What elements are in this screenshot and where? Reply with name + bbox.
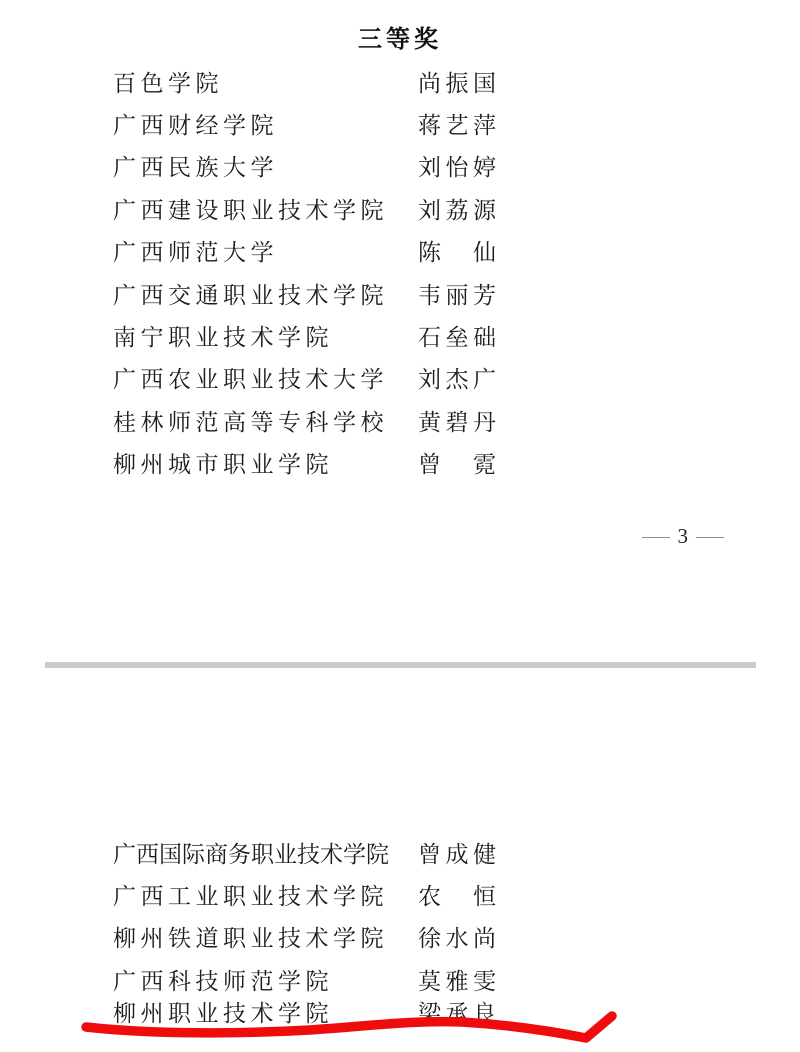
table-row: 百色学院 尚振国 — [0, 60, 800, 102]
table-row: 柳州职业技术学院 梁承良 — [0, 991, 800, 1033]
institution-name: 柳州铁道职业技术学院 — [113, 920, 418, 953]
winner-name: 曾 霓 — [418, 446, 501, 479]
table-row: 广西建设职业技术学院 刘荔源 — [0, 187, 800, 229]
institution-name: 桂林师范高等专科学校 — [113, 404, 418, 437]
award-list-page3: 百色学院 尚振国 广西财经学院 蒋艺萍 广西民族大学 刘怡婷 广西建设职业技术学… — [0, 60, 800, 484]
winner-name: 尚振国 — [418, 65, 501, 98]
winner-name: 刘杰广 — [418, 361, 501, 394]
winner-name: 刘怡婷 — [418, 149, 501, 182]
page-number-dash-right: — — [696, 525, 724, 548]
table-row: 广西民族大学 刘怡婷 — [0, 145, 800, 187]
table-row: 广西工业职业技术学院 农 恒 — [0, 873, 800, 915]
institution-name: 广西交通职业技术学院 — [113, 277, 418, 310]
table-row: 广西农业职业技术大学 刘杰广 — [0, 357, 800, 399]
institution-name: 广西师范大学 — [113, 234, 418, 267]
institution-name: 广西财经学院 — [113, 107, 418, 140]
winner-name: 黄碧丹 — [418, 404, 501, 437]
table-row: 桂林师范高等专科学校 黄碧丹 — [0, 399, 800, 441]
table-row: 广西国际商务职业技术学院 曾成健 — [0, 831, 800, 873]
institution-name: 南宁职业技术学院 — [113, 319, 418, 352]
institution-name: 广西建设职业技术学院 — [113, 192, 418, 225]
institution-name: 广西科技师范学院 — [113, 963, 418, 996]
table-row: 广西交通职业技术学院 韦丽芳 — [0, 272, 800, 314]
award-list-page4: 广西国际商务职业技术学院 曾成健 广西工业职业技术学院 农 恒 柳州铁道职业技术… — [0, 831, 800, 1033]
institution-name: 广西工业职业技术学院 — [113, 878, 418, 911]
table-row: 柳州铁道职业技术学院 徐水尚 — [0, 916, 800, 958]
table-row: 南宁职业技术学院 石垒础 — [0, 314, 800, 356]
table-row: 广西师范大学 陈 仙 — [0, 230, 800, 272]
document-view: 三等奖 百色学院 尚振国 广西财经学院 蒋艺萍 广西民族大学 刘怡婷 广西建设职… — [0, 0, 800, 1052]
institution-name: 柳州职业技术学院 — [113, 995, 418, 1028]
winner-name: 刘荔源 — [418, 192, 501, 225]
table-row: 广西财经学院 蒋艺萍 — [0, 102, 800, 144]
winner-name: 农 恒 — [418, 878, 501, 911]
institution-name: 广西国际商务职业技术学院 — [113, 836, 418, 869]
winner-name: 石垒础 — [418, 319, 501, 352]
institution-name: 广西农业职业技术大学 — [113, 361, 418, 394]
institution-name: 广西民族大学 — [113, 149, 418, 182]
winner-name: 梁承良 — [418, 995, 501, 1028]
page-break-divider — [45, 662, 756, 668]
institution-name: 柳州城市职业学院 — [113, 446, 418, 479]
winner-name: 莫雅雯 — [418, 963, 501, 996]
winner-name: 陈 仙 — [418, 234, 501, 267]
page-title: 三等奖 — [0, 19, 800, 54]
table-row: 柳州城市职业学院 曾 霓 — [0, 442, 800, 484]
page-number: — 3 — — [646, 524, 721, 549]
winner-name: 曾成健 — [418, 836, 501, 869]
page-number-value: 3 — [678, 524, 689, 549]
winner-name: 蒋艺萍 — [418, 107, 501, 140]
institution-name: 百色学院 — [113, 65, 418, 98]
page-number-dash-left: — — [642, 525, 670, 548]
winner-name: 韦丽芳 — [418, 277, 501, 310]
winner-name: 徐水尚 — [418, 920, 501, 953]
